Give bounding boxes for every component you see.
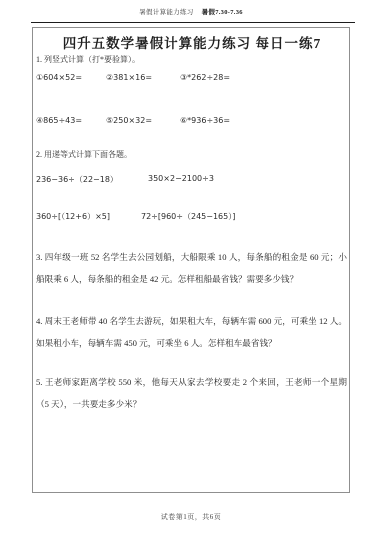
q1-item-1: ①604×52= bbox=[36, 73, 82, 82]
q2-expression-1: 236−36÷（22−18） bbox=[36, 174, 118, 185]
question2-label: 2. 用递等式计算下面各题。 bbox=[36, 149, 348, 160]
question4-text: 4. 周末王老师带 40 名学生去游玩，如果租大车，每辆车需 600 元，可乘坐… bbox=[36, 311, 347, 354]
q1-item-5: ⑤250×32= bbox=[106, 116, 152, 125]
page-header: 暑假计算能力练习暑假7.30-7.36 bbox=[0, 7, 382, 19]
header-doc-label: 暑假计算能力练习 bbox=[139, 9, 193, 16]
footer-page-number: 试卷第1页，共6页 bbox=[0, 512, 382, 522]
question1-row2: ④865÷43= ⑤250×32= ⑥*936÷36= bbox=[36, 116, 348, 128]
q2-expression-2: 350×2−2100÷3 bbox=[148, 174, 214, 183]
question2-row1: 236−36÷（22−18） 350×2−2100÷3 bbox=[36, 174, 348, 186]
q1-item-2: ②381×16= bbox=[106, 73, 152, 82]
question1-label: 1. 列竖式计算（打*要验算）。 bbox=[36, 54, 348, 65]
question2-row2: 360÷[（12+6）×5] 72÷[960÷（245−165）] bbox=[36, 211, 348, 223]
question1-row1: ①604×52= ②381×16= ③*262÷28= bbox=[36, 73, 348, 85]
worksheet-page: 暑假计算能力练习暑假7.30-7.36 四升五数学暑假计算能力练习 每日一练7 … bbox=[0, 0, 382, 540]
worksheet-title: 四升五数学暑假计算能力练习 每日一练7 bbox=[33, 32, 351, 52]
question3-text: 3. 四年级一班 52 名学生去公园划船，大船限乘 10 人，每条船的租金是 6… bbox=[36, 247, 347, 290]
header-date-label: 暑假7.30-7.36 bbox=[202, 9, 243, 16]
q1-item-3: ③*262÷28= bbox=[180, 73, 230, 82]
question5-text: 5. 王老师家距离学校 550 米，他每天从家去学校要走 2 个来回，王老师一个… bbox=[36, 372, 347, 415]
q1-item-6: ⑥*936÷36= bbox=[180, 116, 230, 125]
q2-expression-4: 72÷[960÷（245−165）] bbox=[141, 211, 235, 222]
header-rule bbox=[31, 22, 355, 24]
q1-item-4: ④865÷43= bbox=[36, 116, 82, 125]
q2-expression-3: 360÷[（12+6）×5] bbox=[36, 211, 110, 222]
